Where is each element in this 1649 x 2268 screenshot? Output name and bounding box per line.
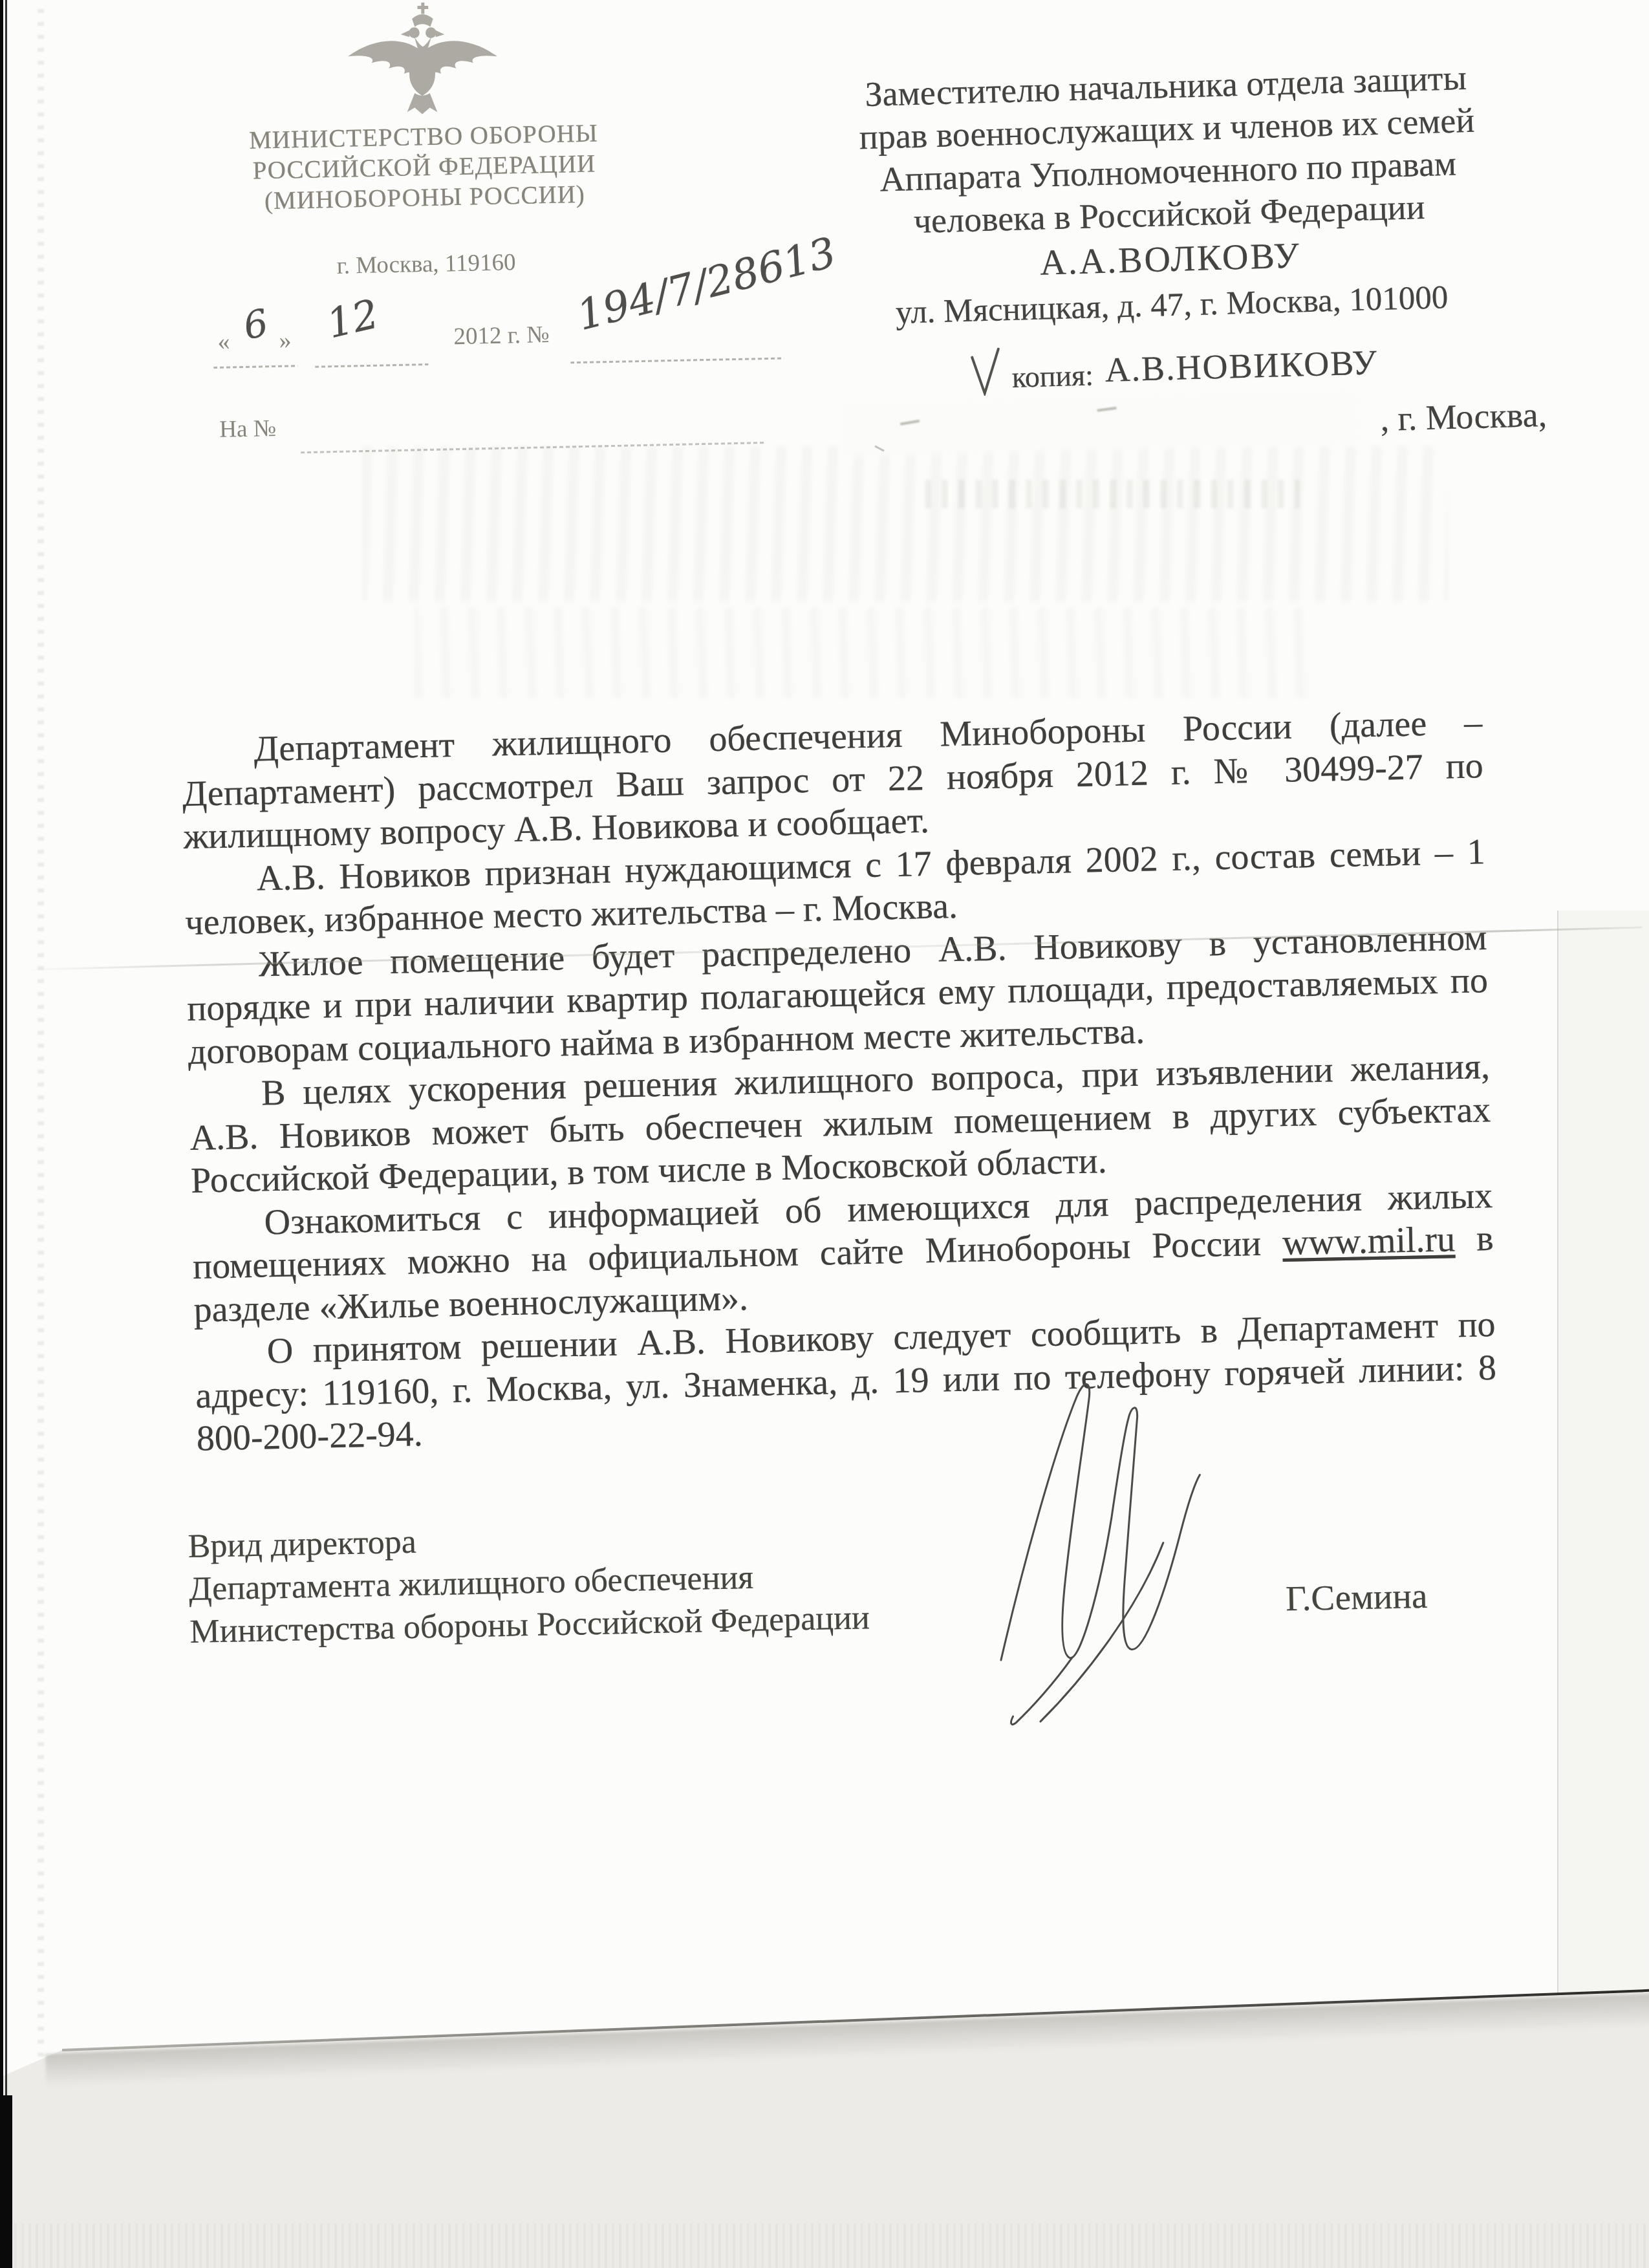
- bleed-through-smudge: [925, 480, 1300, 508]
- reply-to-underline: [301, 442, 766, 453]
- copy-name: А.В.НОВИКОВУ: [1105, 337, 1379, 390]
- close-quote: »: [279, 326, 292, 354]
- reply-to-row: На №: [184, 406, 676, 468]
- letterhead: МИНИСТЕРСТВО ОБОРОНЫ РОССИЙСКОЙ ФЕДЕРАЦИ…: [178, 116, 676, 468]
- bleed-through-smudge: [362, 446, 1449, 601]
- scanner-streaks: [0, 2223, 1649, 2268]
- reply-to-label: На №: [219, 415, 277, 444]
- copy-label: копия:: [1011, 345, 1094, 394]
- body-paragraph-6: О принятом решении А.В. Новикову следует…: [194, 1303, 1498, 1460]
- handwritten-signature: [961, 1369, 1258, 1749]
- day-underline: [213, 365, 297, 369]
- open-quote: «: [217, 327, 230, 356]
- month-underline: [315, 363, 428, 368]
- number-underline: [570, 357, 784, 363]
- addressee-block: Заместителю начальника отдела защиты пра…: [793, 54, 1547, 459]
- check-mark-icon: [968, 347, 1000, 399]
- year-number-label: 2012 г. №: [453, 321, 550, 351]
- signer-title-block: Врид директора Департамента жилищного об…: [188, 1509, 998, 1654]
- scanned-letter-page: МИНИСТЕРСТВО ОБОРОНЫ РОССИЙСКОЙ ФЕДЕРАЦИ…: [0, 0, 1649, 2268]
- letter-body: Департамент жилищного обеспечения Минобо…: [181, 701, 1498, 1460]
- copy-address-tail: , г. Москва,: [1380, 394, 1547, 439]
- bleed-through-smudge: [414, 608, 1319, 698]
- redaction-blur: [848, 396, 1353, 451]
- mil-ru-url: www.mil.ru: [1282, 1219, 1455, 1263]
- letterhead-city-zip: г. Москва, 119160: [180, 245, 673, 283]
- date-number-row: « 6 » 12 2012 г. № 194/7/28613: [181, 290, 674, 410]
- handwritten-month: 12: [323, 290, 383, 347]
- handwritten-day: 6: [240, 301, 272, 349]
- vertical-fold-shading: [1558, 911, 1649, 2003]
- scan-edge-strip: [5, 0, 7, 2268]
- double-headed-eagle-emblem-icon: [341, 3, 503, 119]
- signer-name: Г.Семина: [1285, 1575, 1427, 1619]
- scan-edge-strip: [0, 0, 3, 2268]
- scan-edge-strip: [0, 2095, 12, 2268]
- left-edge-noise: [38, 0, 44, 2095]
